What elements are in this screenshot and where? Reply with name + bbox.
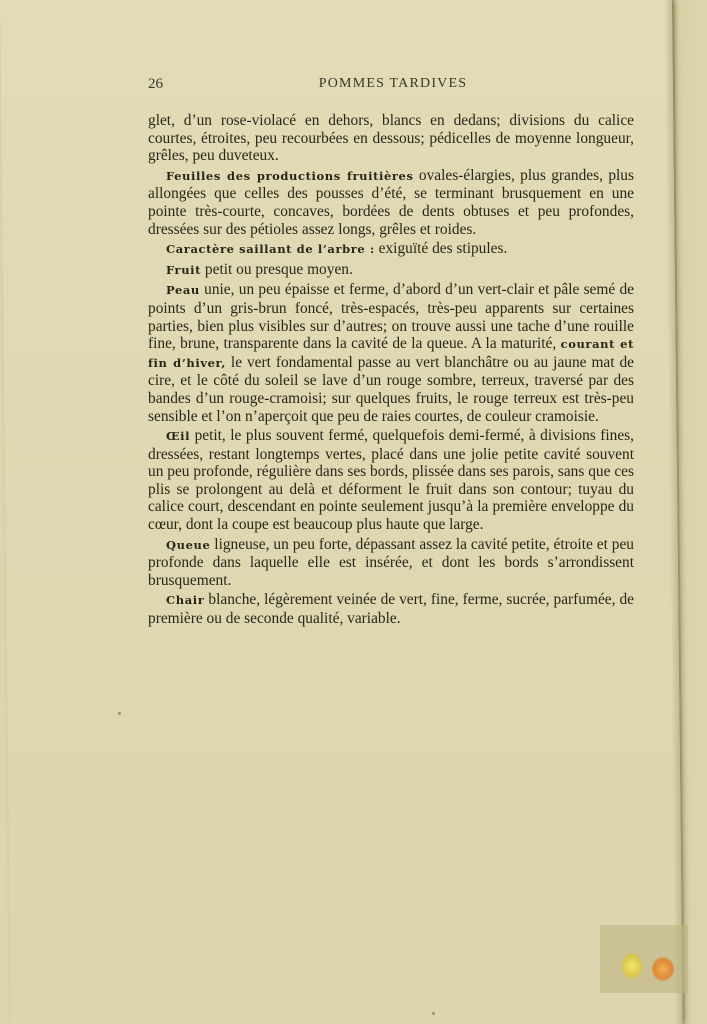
running-title: POMMES TARDIVES bbox=[148, 76, 638, 92]
paragraph-text: petit, le plus souvent fermé, quelquefoi… bbox=[148, 427, 634, 533]
paragraph-peau: Peau unie, un peu épaisse et ferme, d’ab… bbox=[148, 281, 634, 425]
paragraph-text: exiguïté des stipules. bbox=[375, 240, 508, 257]
paragraph-text: glet, d’un rose-violacé en dehors, blanc… bbox=[148, 112, 634, 164]
paragraph-chair: Chair blanche, légèrement veinée de vert… bbox=[148, 591, 634, 627]
page-body: glet, d’un rose-violacé en dehors, blanc… bbox=[148, 112, 634, 630]
paragraph-feuilles: Feuilles des productions fruitières oval… bbox=[148, 167, 634, 238]
paragraph-continuation: glet, d’un rose-violacé en dehors, blanc… bbox=[148, 112, 634, 165]
paragraph-lead: Fruit bbox=[166, 263, 201, 277]
paragraph-text: ligneuse, un peu forte, dépassant assez … bbox=[148, 536, 634, 589]
paper-speck bbox=[432, 1012, 435, 1015]
paragraph-oeil: Œil petit, le plus souvent fermé, quelqu… bbox=[148, 427, 634, 534]
paragraph-fruit: Fruit petit ou presque moyen. bbox=[148, 261, 634, 280]
paragraph-lead: Œil bbox=[166, 429, 190, 443]
paragraph-text: petit ou presque moyen. bbox=[201, 261, 353, 278]
paragraph-text: blanche, légèrement veinée de vert, fine… bbox=[148, 591, 634, 627]
paragraph-lead: Queue bbox=[166, 538, 210, 552]
paragraph-lead: Caractère saillant de l’arbre : bbox=[166, 242, 375, 256]
paragraph-lead: Feuilles des productions fruitières bbox=[166, 169, 414, 183]
paragraph-queue: Queue ligneuse, un peu forte, dépassant … bbox=[148, 536, 634, 590]
paper-speck bbox=[118, 712, 121, 715]
fruit-illustration-icon bbox=[622, 953, 642, 979]
paragraph-lead: Peau bbox=[166, 283, 200, 297]
fruit-illustration-icon bbox=[652, 957, 674, 981]
paragraph-caractere: Caractère saillant de l’arbre : exiguïté… bbox=[148, 240, 634, 259]
paragraph-lead: Chair bbox=[166, 593, 204, 607]
bleed-through-illustration bbox=[600, 925, 688, 993]
page-header: 26 POMMES TARDIVES bbox=[148, 76, 638, 96]
